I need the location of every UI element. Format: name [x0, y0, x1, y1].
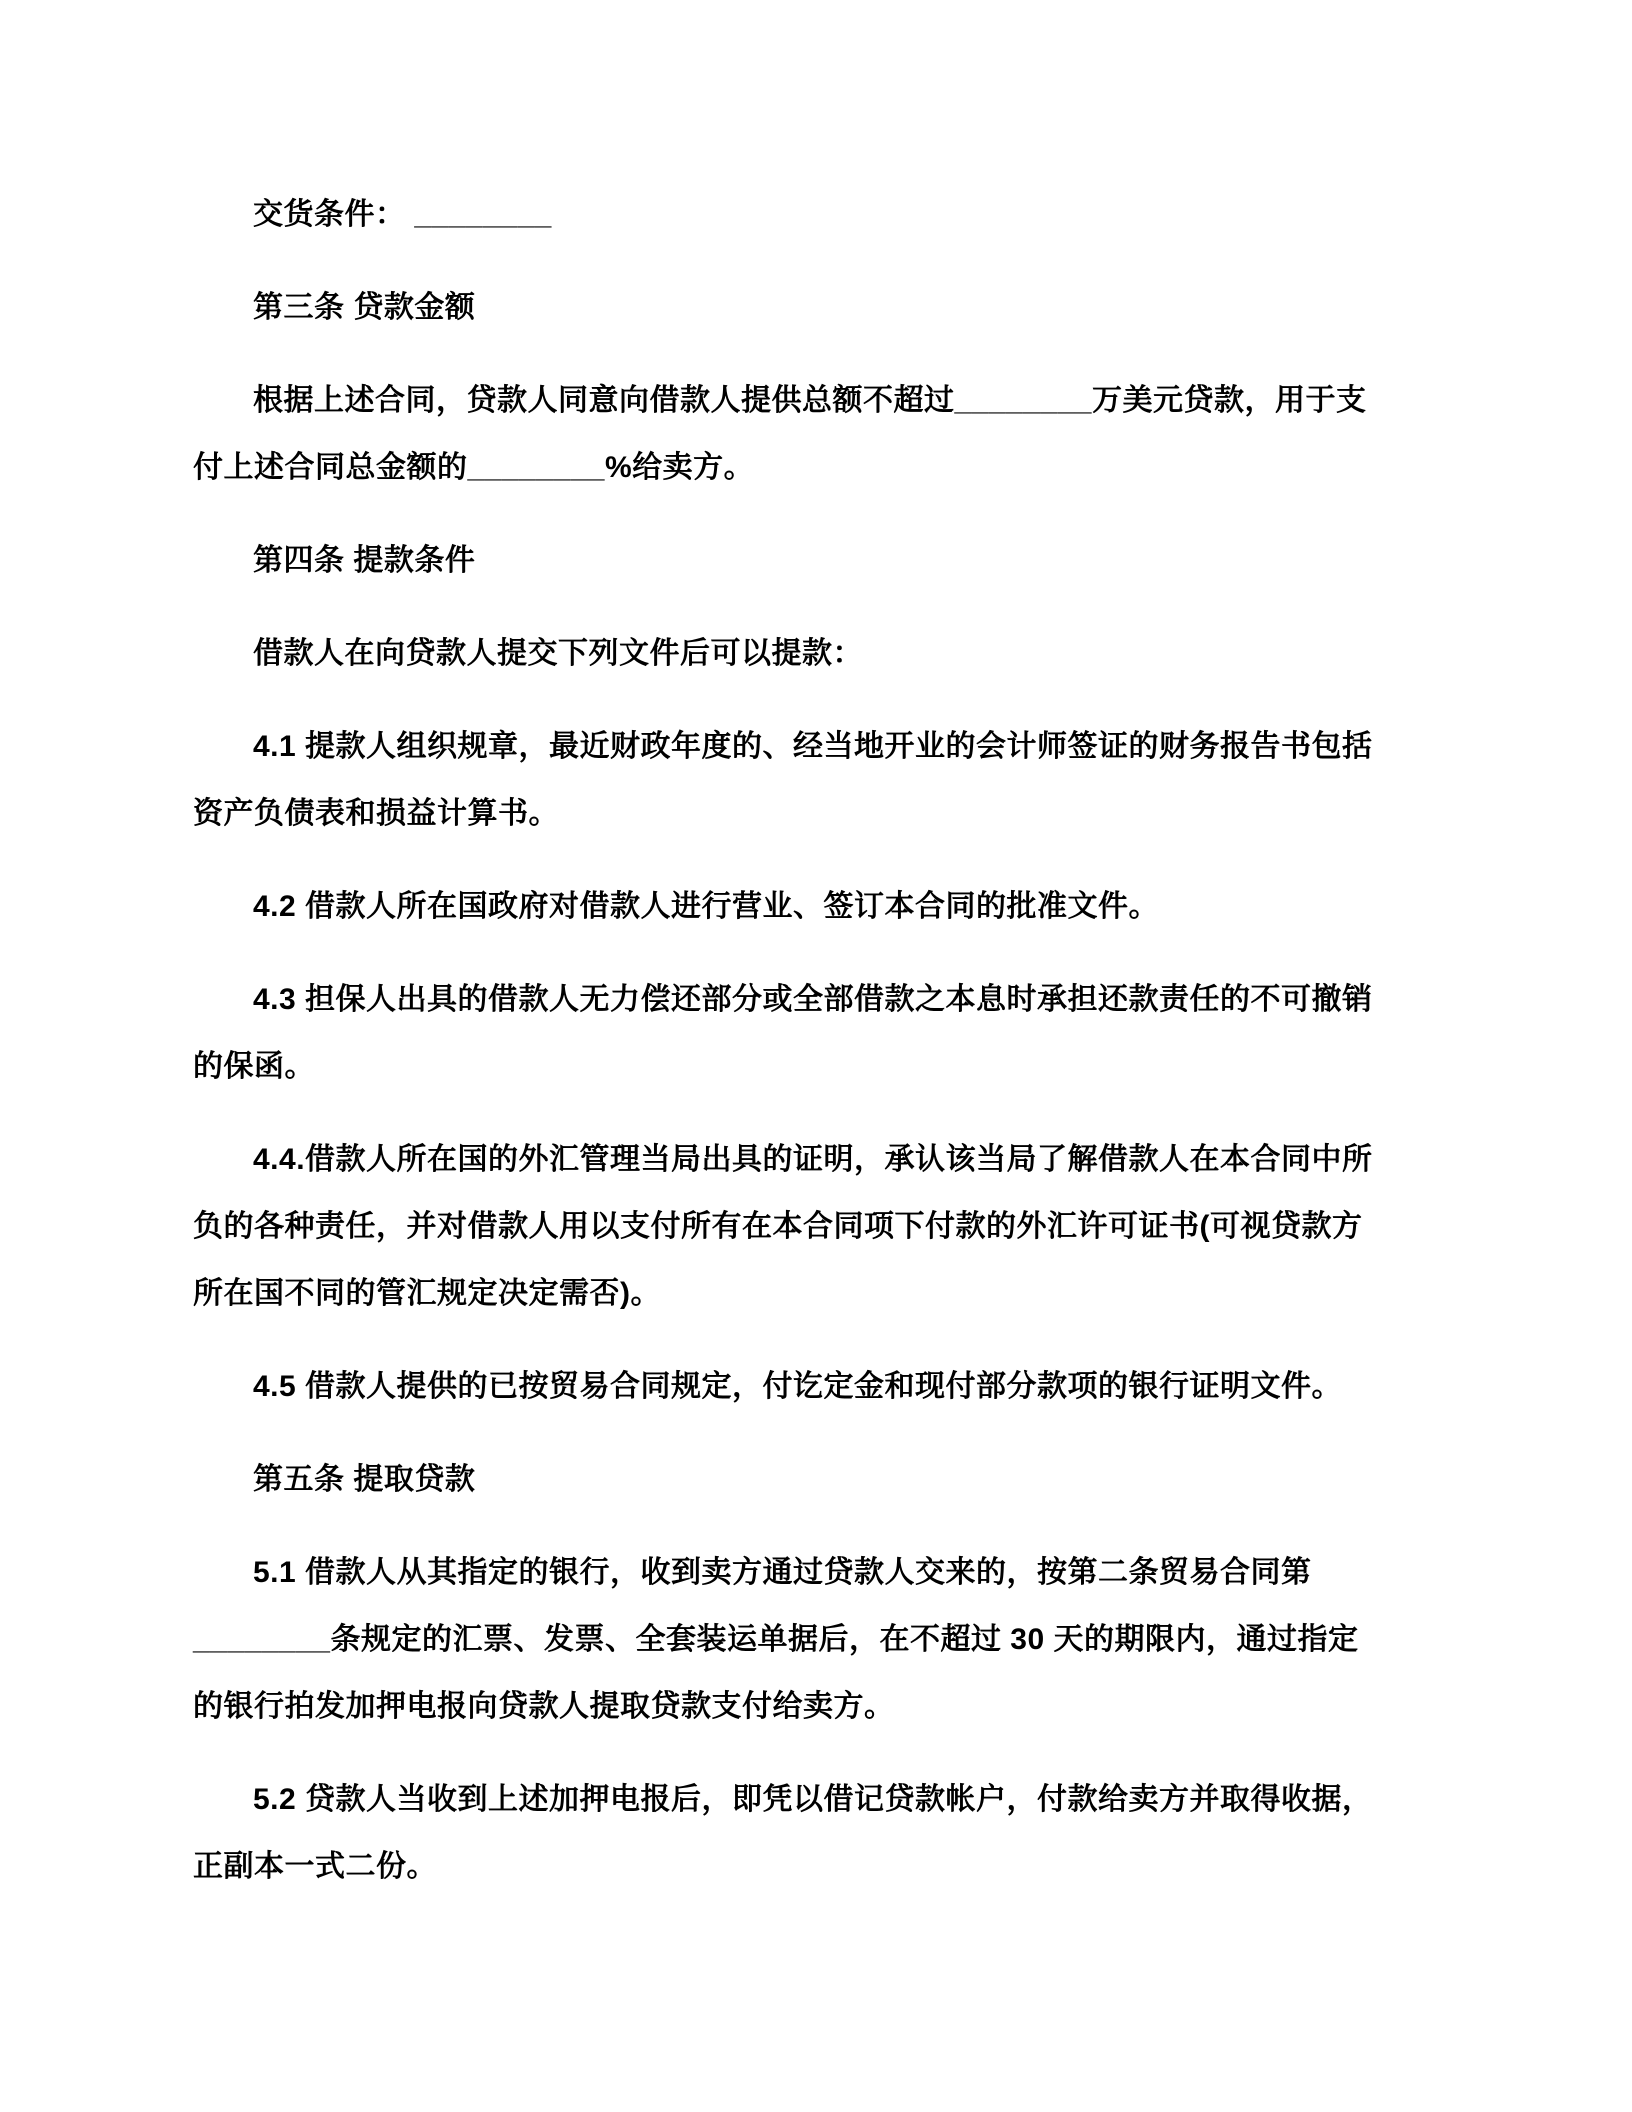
paragraph-line: 5.2 贷款人当收到上述加押电报后，即凭以借记贷款帐户，付款给卖方并取得收据，	[193, 1766, 1453, 1833]
paragraph-line: 4.3 担保人出具的借款人无力偿还部分或全部借款之本息时承担还款责任的不可撤销	[193, 966, 1453, 1033]
paragraph-line: 负的各种责任，并对借款人用以支付所有在本合同项下付款的外汇许可证书(可视贷款方	[193, 1193, 1453, 1260]
paragraph-clause-5-2: 5.2 贷款人当收到上述加押电报后，即凭以借记贷款帐户，付款给卖方并取得收据， …	[193, 1766, 1453, 1900]
paragraph-line: 的银行拍发加押电报向贷款人提取贷款支付给卖方。	[193, 1673, 1453, 1740]
contract-document-page: 交货条件： ________ 第三条 贷款金额 根据上述合同，贷款人同意向借款人…	[193, 181, 1453, 1926]
paragraph-line: 4.1 提款人组织规章，最近财政年度的、经当地开业的会计师签证的财务报告书包括	[193, 713, 1453, 780]
paragraph-loan-amount: 根据上述合同，贷款人同意向借款人提供总额不超过________万美元贷款，用于支…	[193, 367, 1453, 501]
paragraph-line: 4.4.借款人所在国的外汇管理当局出具的证明，承认该当局了解借款人在本合同中所	[193, 1126, 1453, 1193]
section-heading-text: 第五条 提取贷款	[193, 1446, 1453, 1513]
section-heading-article-4: 第四条 提款条件	[193, 527, 1453, 594]
section-heading-article-5: 第五条 提取贷款	[193, 1446, 1453, 1513]
paragraph-line: 4.2 借款人所在国政府对借款人进行营业、签订本合同的批准文件。	[193, 873, 1453, 940]
paragraph-clause-4-5: 4.5 借款人提供的已按贸易合同规定，付讫定金和现付部分款项的银行证明文件。	[193, 1353, 1453, 1420]
paragraph-clause-4-3: 4.3 担保人出具的借款人无力偿还部分或全部借款之本息时承担还款责任的不可撤销 …	[193, 966, 1453, 1100]
paragraph-clause-5-1: 5.1 借款人从其指定的银行，收到卖方通过贷款人交来的，按第二条贸易合同第 __…	[193, 1539, 1453, 1740]
paragraph-line: 的保函。	[193, 1033, 1453, 1100]
paragraph-delivery-terms: 交货条件： ________	[193, 181, 1453, 248]
paragraph-drawdown-intro: 借款人在向贷款人提交下列文件后可以提款：	[193, 620, 1453, 687]
paragraph-clause-4-1: 4.1 提款人组织规章，最近财政年度的、经当地开业的会计师签证的财务报告书包括 …	[193, 713, 1453, 847]
paragraph-line: 5.1 借款人从其指定的银行，收到卖方通过贷款人交来的，按第二条贸易合同第	[193, 1539, 1453, 1606]
paragraph-line: 资产负债表和损益计算书。	[193, 780, 1453, 847]
paragraph-line: ________条规定的汇票、发票、全套装运单据后，在不超过 30 天的期限内，…	[193, 1606, 1453, 1673]
paragraph-line: 所在国不同的管汇规定决定需否)。	[193, 1260, 1453, 1327]
paragraph-line: 4.5 借款人提供的已按贸易合同规定，付讫定金和现付部分款项的银行证明文件。	[193, 1353, 1453, 1420]
paragraph-line: 正副本一式二份。	[193, 1833, 1453, 1900]
paragraph-line: 借款人在向贷款人提交下列文件后可以提款：	[193, 620, 1453, 687]
paragraph-line: 根据上述合同，贷款人同意向借款人提供总额不超过________万美元贷款，用于支	[193, 367, 1453, 434]
paragraph-line: 付上述合同总金额的________%给卖方。	[193, 434, 1453, 501]
section-heading-article-3: 第三条 贷款金额	[193, 274, 1453, 341]
section-heading-text: 第三条 贷款金额	[193, 274, 1453, 341]
paragraph-clause-4-4: 4.4.借款人所在国的外汇管理当局出具的证明，承认该当局了解借款人在本合同中所 …	[193, 1126, 1453, 1327]
section-heading-text: 第四条 提款条件	[193, 527, 1453, 594]
paragraph-clause-4-2: 4.2 借款人所在国政府对借款人进行营业、签订本合同的批准文件。	[193, 873, 1453, 940]
field-delivery-terms: 交货条件： ________	[193, 181, 1453, 248]
